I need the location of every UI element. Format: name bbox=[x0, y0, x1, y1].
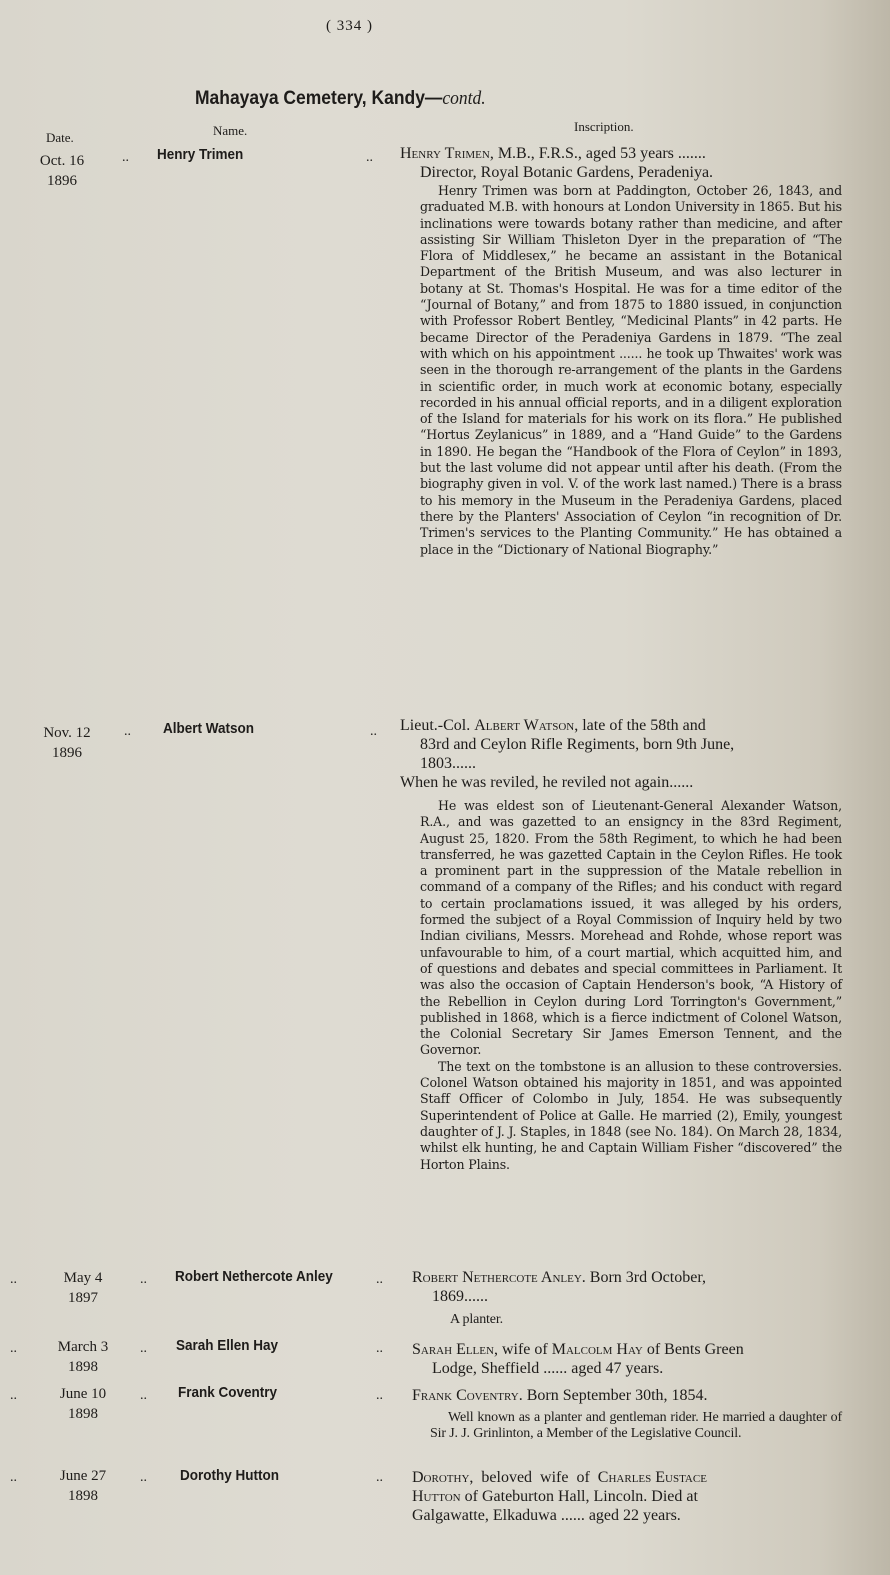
leader-dots: .. bbox=[10, 1470, 17, 1486]
book-page: ( 334 ) Mahayaya Cemetery, Kandy—contd. … bbox=[0, 0, 890, 1575]
inscription-smallcaps: Frank Coventry bbox=[412, 1387, 519, 1404]
entry-date: March 3 1898 bbox=[48, 1337, 118, 1377]
inscription-smallcaps: Hutton bbox=[412, 1488, 461, 1505]
inscription: Frank Coventry. Born September 30th, 185… bbox=[412, 1386, 842, 1405]
column-header-name: Name. bbox=[213, 123, 247, 139]
inscription-text: , late of the 58th and bbox=[574, 717, 706, 734]
note-paragraph: He was eldest son of Lieutenant-General … bbox=[420, 798, 842, 1059]
leader-dots: .. bbox=[122, 150, 129, 166]
title-main: Mahayaya Cemetery, Kandy— bbox=[195, 88, 442, 109]
inscription: Robert Nethercote Anley. Born 3rd Octobe… bbox=[412, 1268, 842, 1306]
inscription: Henry Trimen, M.B., F.R.S., aged 53 year… bbox=[400, 144, 842, 182]
inscription-text: . Born September 30th, 1854. bbox=[519, 1387, 708, 1404]
column-header-date: Date. bbox=[46, 130, 74, 146]
column-header-inscription: Inscription. bbox=[574, 119, 634, 135]
leader-dots: .. bbox=[140, 1341, 147, 1357]
entry-name: Albert Watson bbox=[163, 720, 254, 737]
date-day: Oct. 16 bbox=[27, 151, 97, 171]
leader-dots: .. bbox=[124, 724, 131, 740]
leader-dots: .. bbox=[376, 1272, 383, 1288]
entry-date: June 27 1898 bbox=[48, 1466, 118, 1506]
leader-dots: .. bbox=[10, 1272, 17, 1288]
inscription-text: , M.B., F.R.S., aged 53 years ....... bbox=[490, 145, 706, 162]
date-day: Nov. 12 bbox=[32, 723, 102, 743]
biographical-note: A planter. bbox=[450, 1312, 872, 1328]
date-day: June 27 bbox=[48, 1466, 118, 1486]
inscription-text: of Gateburton Hall, Lincoln. Died at bbox=[461, 1488, 698, 1505]
inscription-line: 1869...... bbox=[412, 1287, 842, 1306]
inscription-text: , wife of bbox=[494, 1341, 552, 1358]
note-paragraph: A planter. bbox=[450, 1312, 872, 1328]
date-day: May 4 bbox=[48, 1268, 118, 1288]
entry-name: Robert Nethercote Anley bbox=[175, 1268, 333, 1285]
biographical-note: Henry Trimen was born at Paddington, Oct… bbox=[420, 183, 842, 558]
page-title: Mahayaya Cemetery, Kandy—contd. bbox=[195, 88, 486, 110]
inscription-smallcaps: Malcolm Hay bbox=[552, 1341, 643, 1358]
leader-dots: .. bbox=[10, 1388, 17, 1404]
inscription-smallcaps: Sarah Ellen bbox=[412, 1341, 494, 1358]
note-paragraph: The text on the tombstone is an allusion… bbox=[420, 1059, 842, 1173]
inscription-line: Hutton of Gateburton Hall, Lincoln. Died… bbox=[412, 1487, 842, 1506]
inscription-line: Galgawatte, Elkaduwa ...... aged 22 year… bbox=[412, 1506, 842, 1525]
inscription-smallcaps: Albert Watson bbox=[474, 717, 574, 734]
leader-dots: .. bbox=[10, 1341, 17, 1357]
leader-dots: .. bbox=[366, 150, 373, 166]
inscription-line: Dorothy, beloved wife of Charles Eustace bbox=[412, 1468, 842, 1487]
date-year: 1898 bbox=[48, 1404, 118, 1424]
date-year: 1898 bbox=[48, 1486, 118, 1506]
inscription-line: 1803...... bbox=[400, 754, 846, 773]
inscription-text: of Bents Green bbox=[643, 1341, 744, 1358]
title-contd: contd. bbox=[442, 88, 485, 109]
inscription-line: Henry Trimen, M.B., F.R.S., aged 53 year… bbox=[400, 144, 842, 163]
entry-date: June 10 1898 bbox=[48, 1384, 118, 1424]
entry-name: Frank Coventry bbox=[178, 1384, 277, 1401]
inscription-line: Sarah Ellen, wife of Malcolm Hay of Bent… bbox=[412, 1340, 842, 1359]
inscription: Dorothy, beloved wife of Charles Eustace… bbox=[412, 1468, 842, 1525]
inscription-line: Director, Royal Botanic Gardens, Peraden… bbox=[400, 163, 842, 182]
entry-name: Dorothy Hutton bbox=[180, 1467, 279, 1484]
entry-date: Nov. 12 1896 bbox=[32, 723, 102, 763]
leader-dots: .. bbox=[376, 1388, 383, 1404]
leader-dots: .. bbox=[140, 1388, 147, 1404]
date-day: March 3 bbox=[48, 1337, 118, 1357]
biographical-note: Well known as a planter and gentleman ri… bbox=[430, 1410, 842, 1442]
biographical-note: He was eldest son of Lieutenant-General … bbox=[420, 798, 842, 1173]
inscription-text: , beloved wife of bbox=[469, 1469, 597, 1486]
inscription-text: Lieut.-Col. bbox=[400, 717, 474, 734]
entry-name: Sarah Ellen Hay bbox=[176, 1337, 278, 1354]
date-year: 1897 bbox=[48, 1288, 118, 1308]
epitaph: When he was reviled, he reviled not agai… bbox=[400, 773, 846, 792]
leader-dots: .. bbox=[140, 1470, 147, 1486]
note-paragraph: Well known as a planter and gentleman ri… bbox=[430, 1410, 842, 1442]
inscription-text: . Born 3rd October, bbox=[582, 1269, 706, 1286]
inscription-line: Robert Nethercote Anley. Born 3rd Octobe… bbox=[412, 1268, 842, 1287]
date-year: 1896 bbox=[27, 171, 97, 191]
inscription-smallcaps: Henry Trimen bbox=[400, 145, 490, 162]
inscription-line: Frank Coventry. Born September 30th, 185… bbox=[412, 1386, 842, 1405]
inscription: Lieut.-Col. Albert Watson, late of the 5… bbox=[400, 716, 846, 792]
entry-name: Henry Trimen bbox=[157, 146, 243, 163]
inscription-line: Lodge, Sheffield ...... aged 47 years. bbox=[412, 1359, 842, 1378]
page-number: ( 334 ) bbox=[326, 18, 373, 35]
note-paragraph: Henry Trimen was born at Paddington, Oct… bbox=[420, 183, 842, 558]
date-year: 1898 bbox=[48, 1357, 118, 1377]
date-year: 1896 bbox=[32, 743, 102, 763]
inscription-smallcaps: Robert Nethercote Anley bbox=[412, 1269, 582, 1286]
leader-dots: .. bbox=[376, 1470, 383, 1486]
entry-date: May 4 1897 bbox=[48, 1268, 118, 1308]
leader-dots: .. bbox=[140, 1272, 147, 1288]
inscription-line: 83rd and Ceylon Rifle Regiments, born 9t… bbox=[400, 735, 846, 754]
leader-dots: .. bbox=[376, 1341, 383, 1357]
date-day: June 10 bbox=[48, 1384, 118, 1404]
entry-date: Oct. 16 1896 bbox=[27, 151, 97, 191]
inscription-line: Lieut.-Col. Albert Watson, late of the 5… bbox=[400, 716, 846, 735]
inscription: Sarah Ellen, wife of Malcolm Hay of Bent… bbox=[412, 1340, 842, 1378]
leader-dots: .. bbox=[370, 724, 377, 740]
inscription-smallcaps: Dorothy bbox=[412, 1469, 469, 1486]
inscription-smallcaps: Charles Eustace bbox=[598, 1469, 707, 1486]
